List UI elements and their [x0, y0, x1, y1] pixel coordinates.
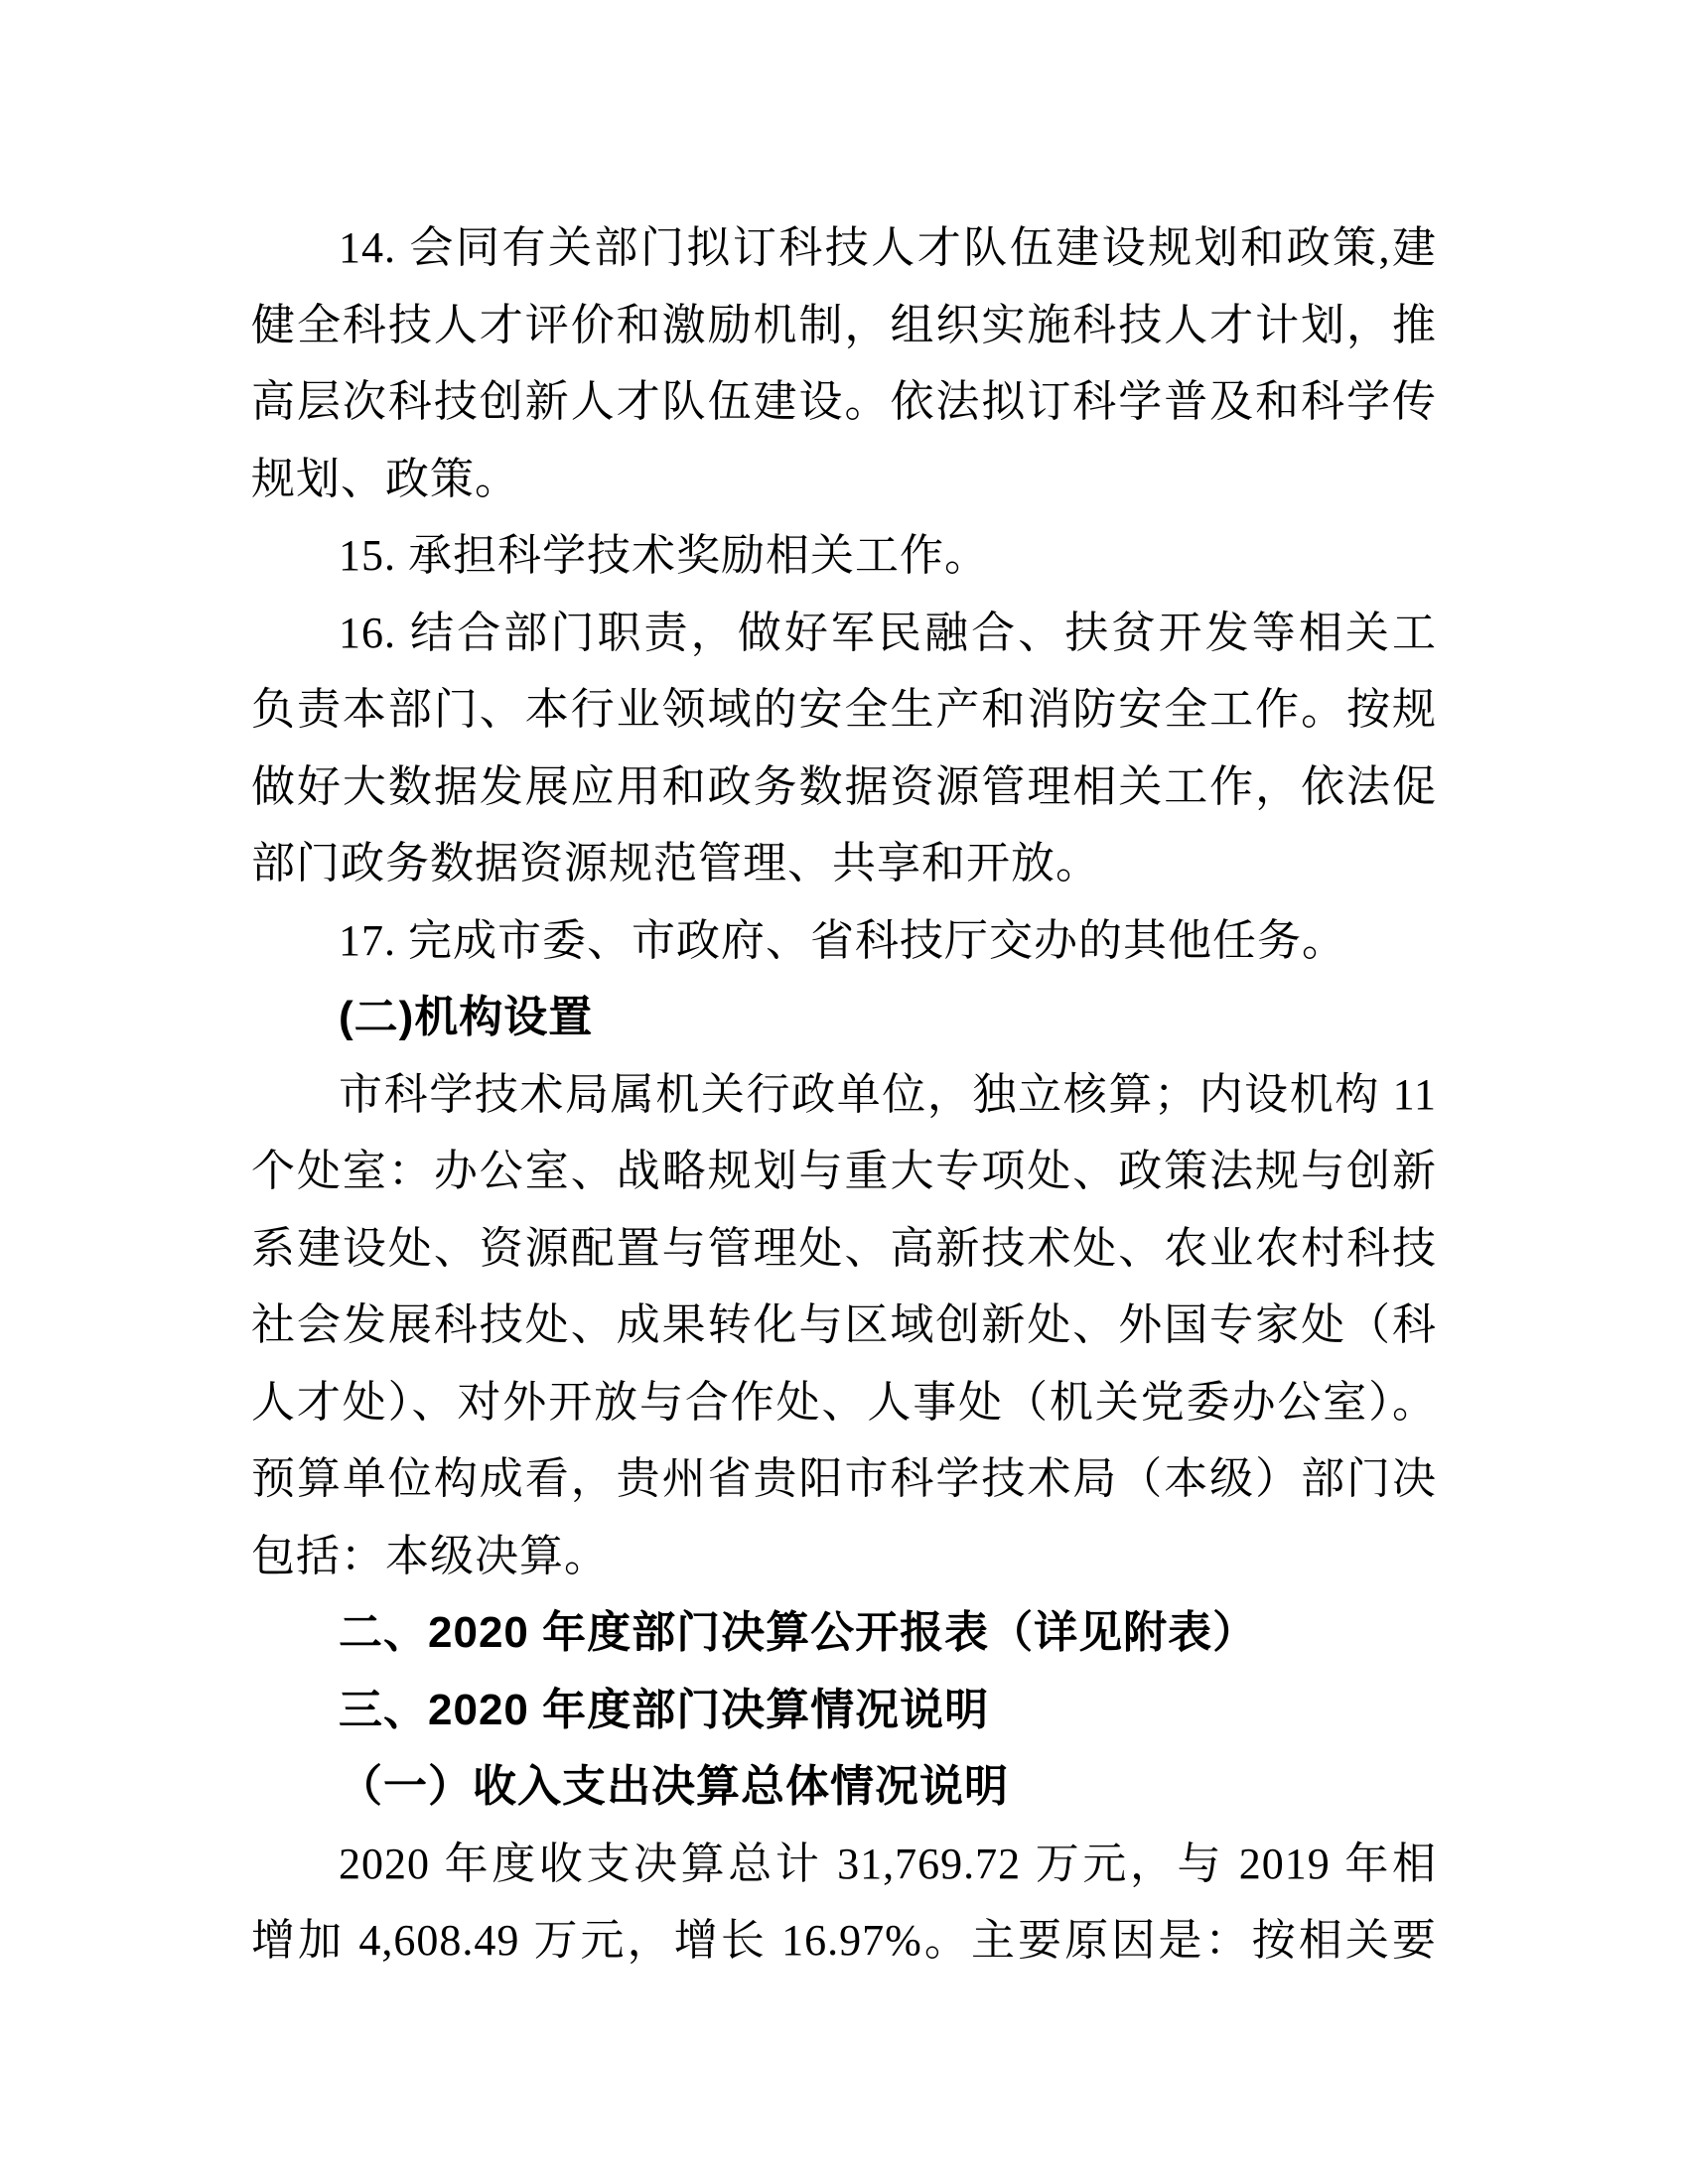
paragraph-line: 负责本部门、本行业领域的安全生产和消防安全工作。按规定 [251, 671, 1437, 749]
paragraph-line: 14. 会同有关部门拟订科技人才队伍建设规划和政策,建立 [251, 209, 1437, 287]
paragraph-line: 人才处）、对外开放与合作处、人事处（机关党委办公室）。从 [251, 1364, 1437, 1441]
paragraph-line: 16. 结合部门职责，做好军民融合、扶贫开发等相关工作。 [251, 595, 1437, 672]
paragraph-line: 社会发展科技处、成果转化与区域创新处、外国专家处（科技 [251, 1287, 1437, 1364]
heading-org-setup: (二)机构设置 [251, 979, 1437, 1056]
paragraph-line: 个处室：办公室、战略规划与重大专项处、政策法规与创新体 [251, 1133, 1437, 1210]
paragraph-line: 17. 完成市委、市政府、省科技厅交办的其他任务。 [251, 902, 1437, 980]
paragraph-line: 15. 承担科学技术奖励相关工作。 [251, 517, 1437, 595]
subheading-income-expense-overview: （一）收入支出决算总体情况说明 [251, 1748, 1437, 1826]
paragraph-line: 部门政务数据资源规范管理、共享和开放。 [251, 825, 1437, 902]
paragraph-line: 增加 4,608.49 万元，增长 16.97%。主要原因是：按相关要求 [251, 1902, 1437, 1979]
document-page: 14. 会同有关部门拟订科技人才队伍建设规划和政策,建立 健全科技人才评价和激励… [0, 0, 1688, 2184]
heading-section-2-public-tables: 二、2020 年度部门决算公开报表（详见附表） [251, 1594, 1437, 1672]
heading-section-3-statement: 三、2020 年度部门决算情况说明 [251, 1672, 1437, 1749]
text-block: 14. 会同有关部门拟订科技人才队伍建设规划和政策,建立 健全科技人才评价和激励… [251, 209, 1437, 1979]
paragraph-line: 2020 年度收支决算总计 31,769.72 万元，与 2019 年相比， [251, 1826, 1437, 1903]
paragraph-line: 健全科技人才评价和激励机制，组织实施科技人才计划，推动 [251, 287, 1437, 364]
paragraph-line: 做好大数据发展应用和政务数据资源管理相关工作，依法促进 [251, 749, 1437, 826]
paragraph-line: 市科学技术局属机关行政单位，独立核算；内设机构 11 [251, 1056, 1437, 1134]
paragraph-line: 规划、政策。 [251, 441, 1437, 518]
paragraph-line: 包括：本级决算。 [251, 1518, 1437, 1595]
paragraph-line: 预算单位构成看，贵州省贵阳市科学技术局（本级）部门决算 [251, 1440, 1437, 1518]
paragraph-line: 高层次科技创新人才队伍建设。依法拟订科学普及和科学传播 [251, 363, 1437, 441]
paragraph-line: 系建设处、资源配置与管理处、高新技术处、农业农村科技处、 [251, 1210, 1437, 1288]
